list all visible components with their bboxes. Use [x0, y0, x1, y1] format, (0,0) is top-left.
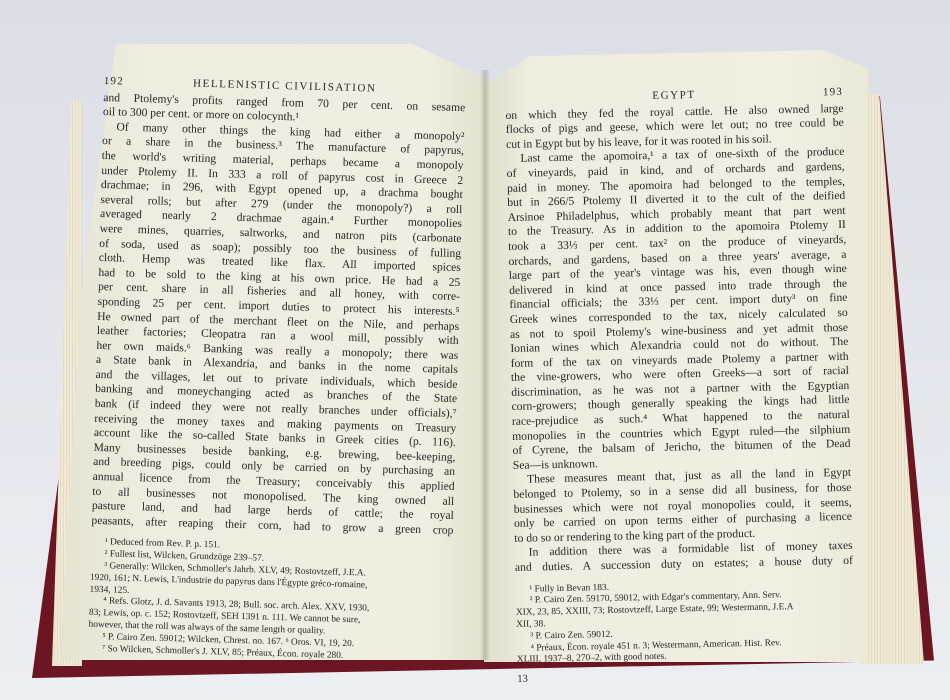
right-page-text: EGYPT 193 on which they fed the royal ca…: [505, 85, 855, 688]
left-body: and Ptolemy's profits ranged from 70 per…: [91, 91, 465, 539]
page-edges-right: [860, 94, 924, 664]
left-footnotes: ¹ Deduced from Rev. P. p. 151. ² Fullest…: [88, 537, 453, 665]
book-gutter: [480, 70, 490, 660]
signature-mark: 13: [517, 666, 855, 688]
left-page-number: 192: [104, 74, 125, 89]
left-page-text: 192 HELLENISTIC CIVILISATION and Ptolemy…: [88, 74, 466, 665]
right-footnotes: ¹ Fully in Bevan 183. ² P. Cairo Zen. 59…: [515, 577, 855, 667]
right-page-number: 193: [823, 85, 843, 100]
right-body: on which they fed the royal cattle. He a…: [505, 102, 853, 576]
